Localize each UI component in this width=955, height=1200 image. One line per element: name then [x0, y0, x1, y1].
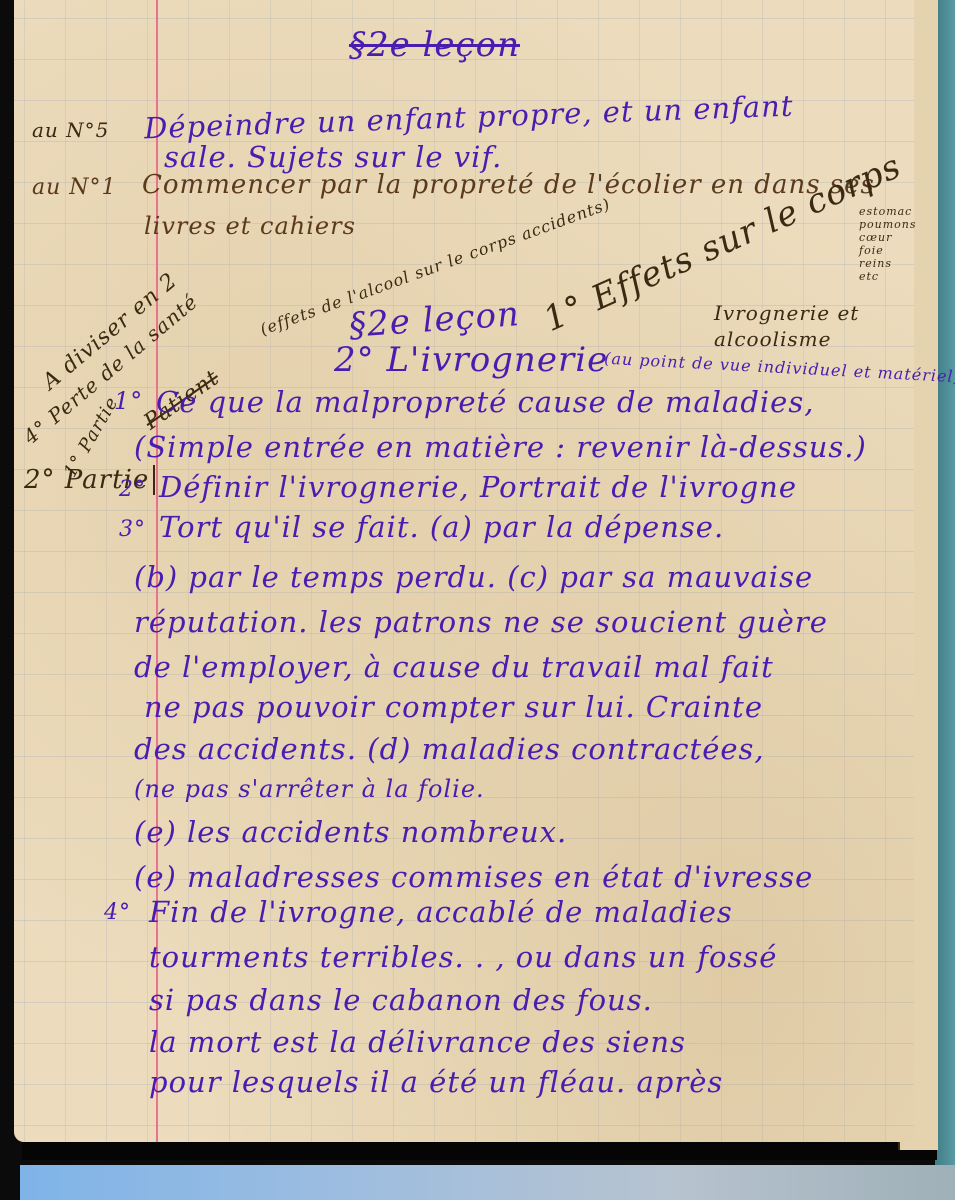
- text-line: Définir l'ivrognerie, Portrait de l'ivro…: [159, 470, 797, 504]
- text-line: Ce que la malpropreté cause de maladies,: [156, 385, 814, 419]
- effects-item: foie: [859, 244, 904, 257]
- text-line: sale. Sujets sur le vif.: [164, 140, 502, 174]
- margin-label: 3°: [119, 517, 146, 542]
- text-line: (e) les accidents nombreux.: [134, 815, 567, 849]
- text-line: la mort est la délivrance des siens: [149, 1025, 686, 1059]
- effects-item: estomac: [859, 205, 904, 218]
- lesson-heading: §2e leçon: [348, 294, 521, 346]
- text-line: Commencer par la propreté de l'écolier e…: [142, 170, 875, 200]
- margin-label: au N°5: [32, 118, 109, 142]
- effects-item: etc: [859, 270, 904, 283]
- margin-label: au N°1: [32, 175, 117, 200]
- text-line: (Simple entrée en matière : revenir là-d…: [134, 430, 867, 464]
- text-line: tourments terribles. . , ou dans un foss…: [149, 940, 777, 974]
- notebook-page: §2e leçon au N°5 Dépeindre un enfant pro…: [14, 0, 914, 1142]
- background-blue-bottom: [20, 1165, 955, 1200]
- text-line: livres et cahiers: [144, 212, 356, 240]
- ivrognerie-alcoolisme-note: Ivrognerie et alcoolisme: [714, 300, 874, 352]
- effects-item: poumons: [859, 218, 904, 231]
- effects-list: estomac poumons cœur foie reins etc: [859, 205, 904, 283]
- margin-label: 1°: [114, 387, 143, 415]
- text-line: ne pas pouvoir compter sur lui. Crainte: [144, 690, 763, 724]
- effects-item: reins: [859, 257, 904, 270]
- effects-item: cœur: [859, 231, 904, 244]
- background-blue-right: [935, 0, 955, 1200]
- point-de-vue-note: (au point de vue individuel et matériel): [604, 349, 955, 387]
- text-line: pour lesquels il a été un fléau. après: [149, 1065, 723, 1099]
- text-line: (b) par le temps perdu. (c) par sa mauva…: [134, 560, 813, 594]
- text-line: si pas dans le cabanon des fous.: [149, 983, 653, 1017]
- text-line: Fin de l'ivrogne, accablé de maladies: [149, 895, 733, 929]
- text-line: (e) maladresses commises en état d'ivres…: [134, 860, 813, 894]
- text-line: réputation. les patrons ne se soucient g…: [134, 605, 828, 639]
- text-line: des accidents. (d) maladies contractées,: [134, 732, 765, 766]
- margin-label: 2°: [119, 477, 146, 502]
- crossed-title: §2e leçon: [349, 25, 520, 65]
- text-line: de l'employer, à cause du travail mal fa…: [134, 650, 774, 684]
- margin-label: 4°: [104, 900, 131, 925]
- lesson-subject: 2° L'ivrognerie: [334, 340, 608, 380]
- text-line: (ne pas s'arrêter à la folie.: [134, 775, 485, 803]
- text-line: Dépeindre un enfant propre, et un enfant: [144, 89, 794, 146]
- text-line: Tort qu'il se fait. (a) par la dépense.: [159, 510, 724, 544]
